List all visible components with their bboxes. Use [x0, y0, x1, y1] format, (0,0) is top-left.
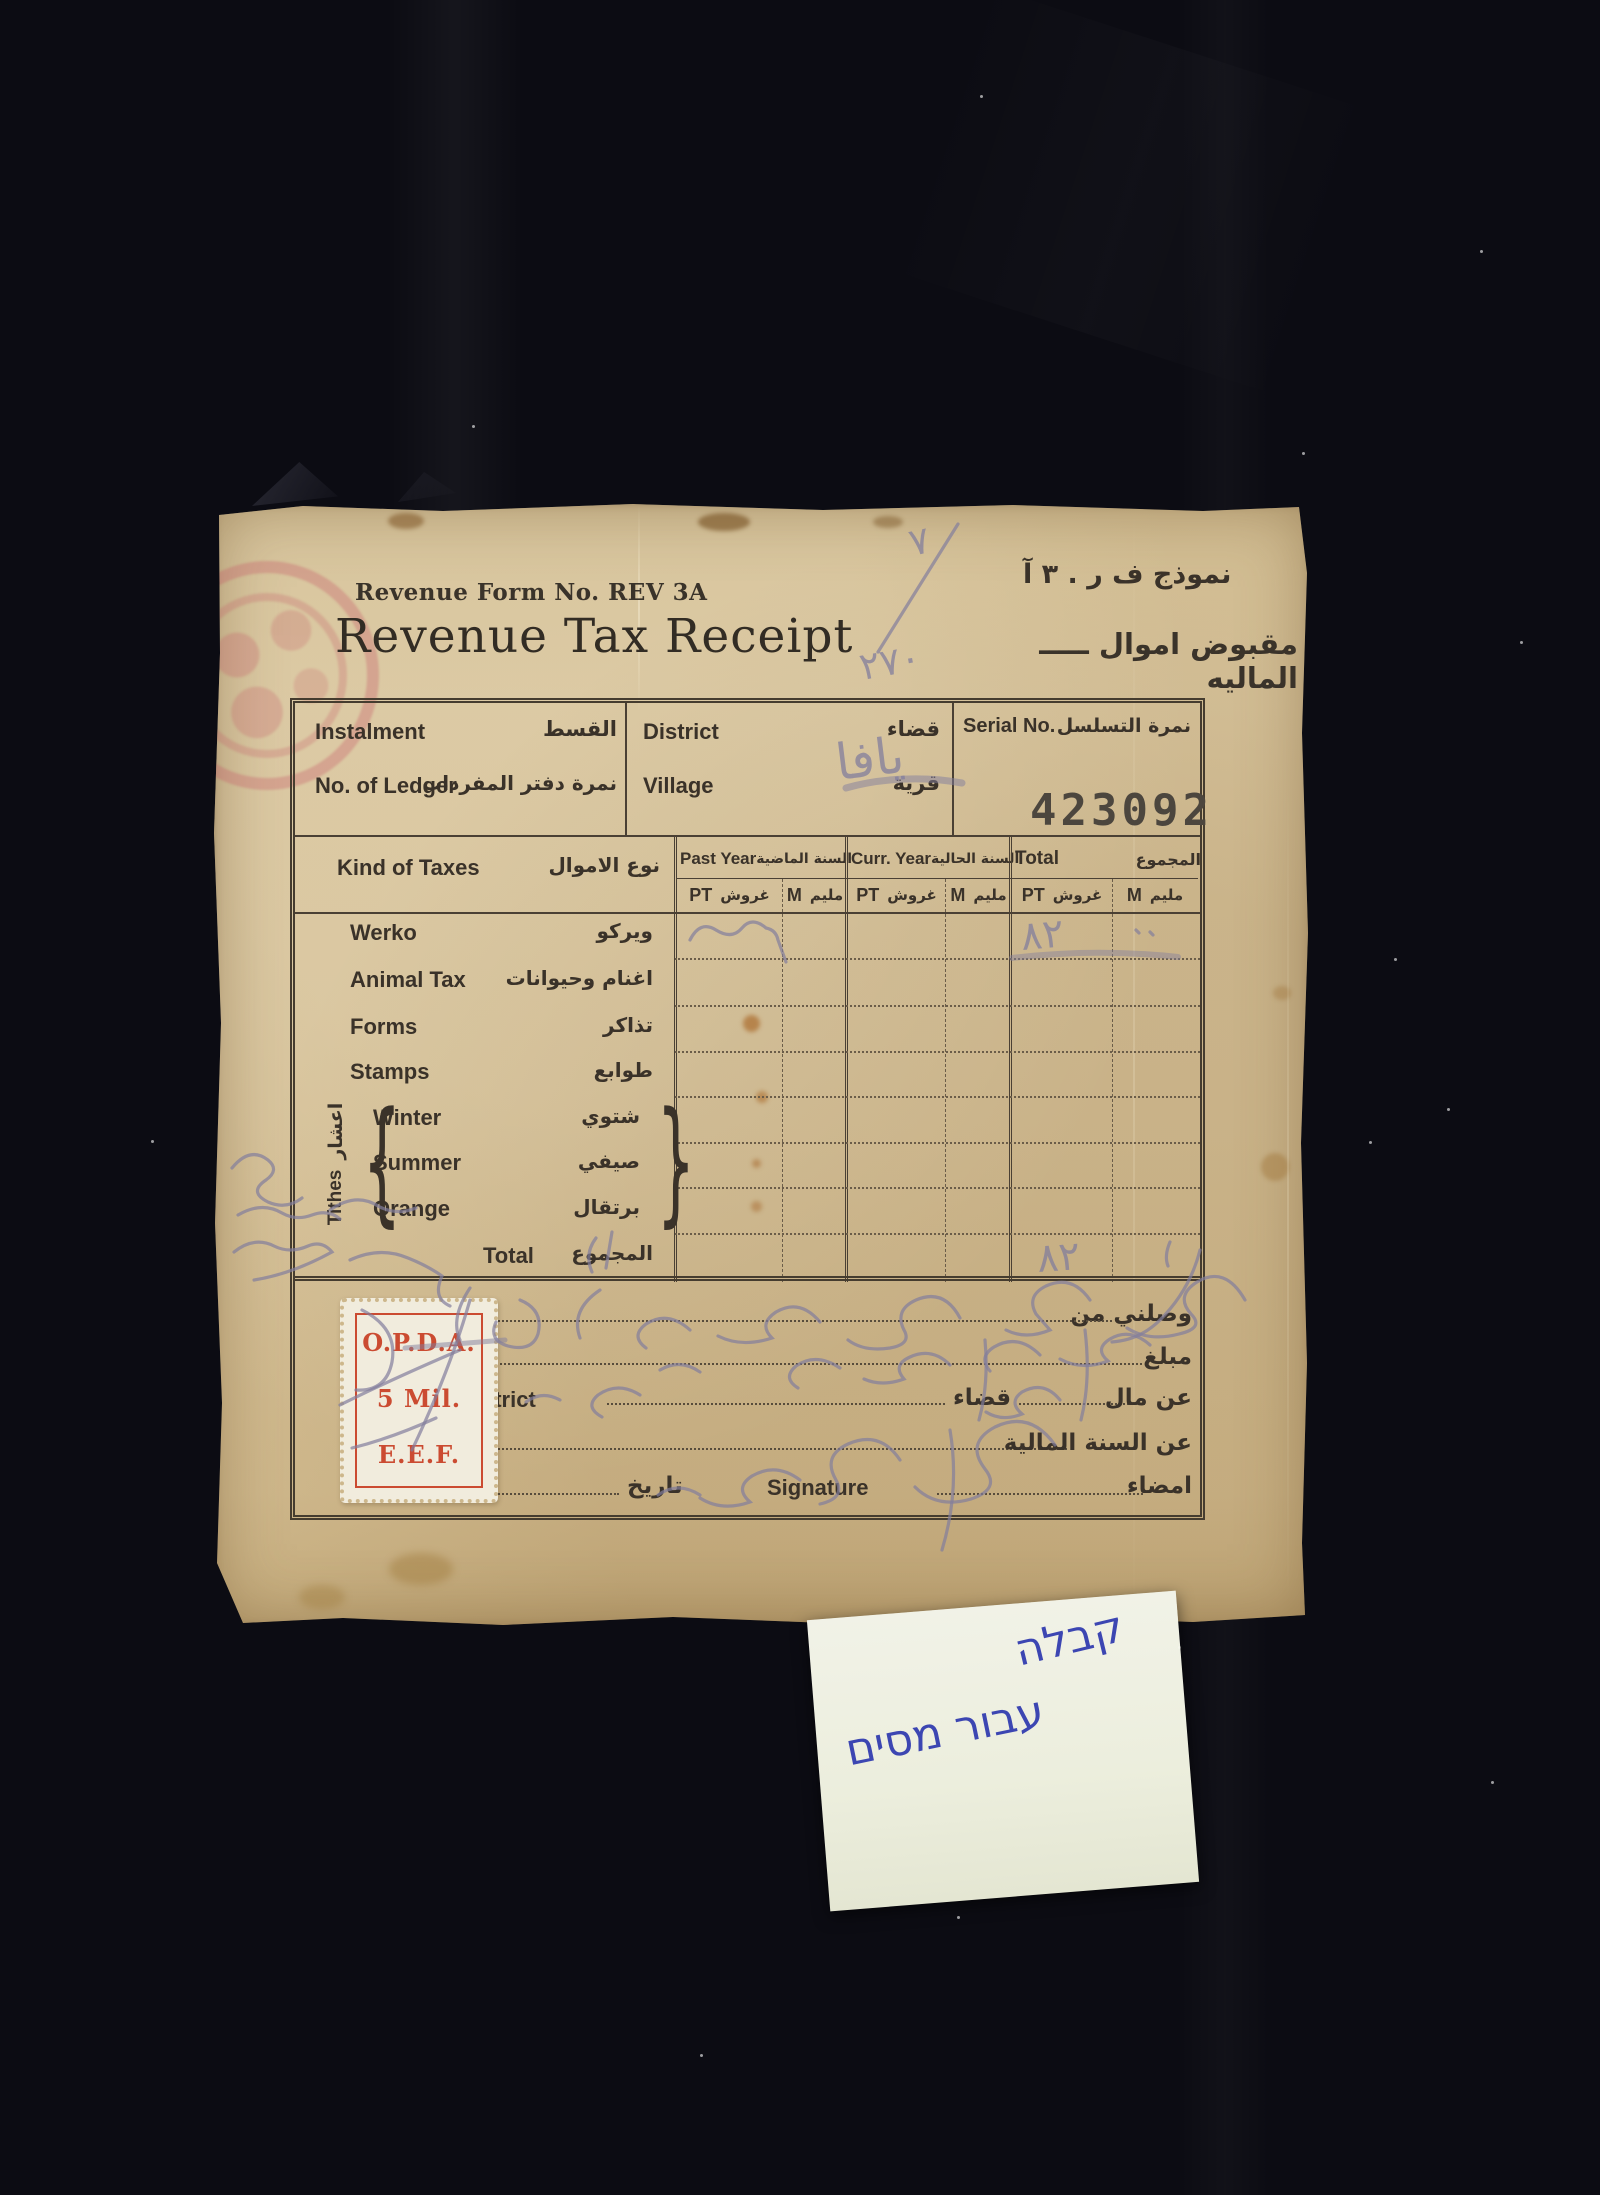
- m-label-arabic: مليم: [1150, 886, 1183, 904]
- pt-label: PT: [1022, 885, 1045, 906]
- on-account-label: عن مال: [1105, 1385, 1192, 1411]
- paper-stain: [389, 1553, 453, 1585]
- tithes-label-arabic: اعشار: [325, 1103, 351, 1160]
- revenue-stamp-opda: O.P.D.A. 5 Mil. E.E.F.: [340, 1298, 498, 1503]
- paper-stain: [299, 1585, 345, 1609]
- tax-row-animal-arabic: اغنام وحيوانات: [475, 966, 653, 990]
- paper-fold: [638, 503, 640, 713]
- group-underline: [677, 878, 1198, 879]
- tax-row-total-arabic: المجموع: [553, 1241, 653, 1265]
- dust-speck: [472, 425, 475, 428]
- signature-label: Signature: [767, 1475, 868, 1501]
- group-label: Past Year: [680, 849, 756, 869]
- paper-fold: [1287, 783, 1289, 1603]
- mounting-tape: [398, 472, 456, 502]
- pt-label-arabic: غروش: [1053, 886, 1103, 904]
- dust-speck: [151, 1140, 154, 1143]
- dust-speck: [1491, 1781, 1494, 1784]
- dust-speck: [1480, 250, 1483, 253]
- pt-label: PT: [856, 885, 879, 906]
- tax-row-total: Total: [483, 1243, 534, 1269]
- dust-speck: [700, 2054, 703, 2057]
- pt-label-arabic: غروش: [887, 886, 937, 904]
- paper-stain: [388, 513, 424, 529]
- tax-row-werko-arabic: ويركو: [475, 919, 653, 943]
- revenue-stamp-line1: O.P.D.A.: [344, 1328, 494, 1357]
- dotted-line: [607, 1403, 945, 1405]
- serial-label-arabic: نمرة التسلسل: [1057, 715, 1191, 737]
- village-label-arabic: قرية: [835, 771, 940, 795]
- tithes-rotated-label: Tithes اعشار: [325, 1079, 351, 1249]
- m-label-arabic: مليم: [810, 886, 843, 904]
- document-title-arabic: مقبوض اموال ـــــ الماليه: [948, 627, 1298, 695]
- background-crease: [390, 0, 520, 520]
- serial-label: Serial No.: [963, 715, 1055, 738]
- mounting-tape: [252, 462, 338, 506]
- tax-row-stamps: Stamps: [350, 1059, 429, 1085]
- village-label: Village: [643, 773, 714, 799]
- group-label: Total: [1015, 848, 1059, 870]
- row-line: [675, 1233, 1200, 1235]
- m-label: M: [1127, 885, 1142, 906]
- kind-of-taxes-label-arabic: نوع الاموال: [535, 853, 660, 877]
- row-line: [675, 1187, 1200, 1189]
- instalment-label-arabic: القسط: [495, 717, 617, 741]
- ledger-label-arabic: نمرة دفتر المفردات: [400, 771, 617, 795]
- signature-label-arabic: امضاء: [1127, 1473, 1192, 1499]
- form-number: Revenue Form No. REV 3A: [355, 579, 708, 606]
- header-divider: [952, 703, 954, 835]
- dust-speck: [1520, 641, 1523, 644]
- form-box: Instalment القسط No. of Ledger نمرة دفتر…: [290, 698, 1205, 1520]
- grid-line: [1009, 835, 1012, 1282]
- grid-line: [782, 879, 783, 1282]
- pt-label: PT: [689, 885, 712, 906]
- tax-row-forms-arabic: تذاكر: [475, 1013, 653, 1037]
- document-title: Revenue Tax Receipt: [335, 609, 853, 664]
- dust-speck: [1178, 1646, 1181, 1649]
- tax-row-animal: Animal Tax: [350, 967, 466, 993]
- tax-row-summer-arabic: صيفي: [475, 1149, 640, 1173]
- group-label-arabic: المجموع: [1136, 850, 1201, 869]
- brace-right: }: [657, 1097, 696, 1227]
- paper-stain: [1261, 1153, 1289, 1181]
- paper-stain: [873, 516, 903, 528]
- row-line: [675, 1005, 1200, 1007]
- serial-label-row: Serial No. نمرة التسلسل: [963, 715, 1191, 738]
- tax-row-orange-arabic: برتقال: [475, 1195, 640, 1219]
- m-label: M: [787, 885, 802, 906]
- subhead-curr-m: M مليم: [945, 880, 1012, 910]
- group-curr-year: Curr. Year السنة الحالية: [848, 842, 1016, 876]
- district-label-arabic: قضاء: [835, 717, 940, 741]
- tax-row-stamps-arabic: طوابع: [475, 1058, 653, 1082]
- grid-line: [1112, 879, 1113, 1282]
- background-crease: [884, 0, 1376, 398]
- m-label: M: [950, 885, 965, 906]
- tax-row-forms: Forms: [350, 1014, 417, 1040]
- group-label-arabic: السنة الحالية: [931, 851, 1019, 867]
- subhead-curr-pt: PT غروش: [848, 880, 945, 910]
- receipt-paper: Revenue Form No. REV 3A نموذج ف ر . ٣ آ …: [213, 503, 1311, 1628]
- form-number-arabic: نموذج ف ر . ٣ آ: [1023, 559, 1283, 590]
- pt-label-arabic: غروش: [720, 886, 770, 904]
- subhead-total-m: M مليم: [1112, 880, 1198, 910]
- subhead-total-pt: PT غروش: [1012, 880, 1112, 910]
- kind-of-taxes-label: Kind of Taxes: [337, 855, 480, 881]
- subhead-past-m: M مليم: [782, 880, 848, 910]
- m-label-arabic: مليم: [973, 886, 1006, 904]
- row-line: [675, 958, 1200, 960]
- dotted-line: [937, 1493, 1143, 1495]
- tax-row-winter-arabic: شتوي: [475, 1104, 640, 1128]
- note-line-2: עבור מסים: [841, 1686, 1048, 1776]
- grid-line: [845, 835, 848, 1282]
- dust-speck: [980, 95, 983, 98]
- tax-row-werko: Werko: [350, 920, 417, 946]
- tithes-label: Tithes: [325, 1170, 351, 1226]
- fiscal-year-label: عن السنة المالية: [1004, 1430, 1192, 1456]
- brace-left: {: [363, 1097, 402, 1227]
- grid-line: [945, 879, 946, 1282]
- revenue-stamp-line2: 5 Mil.: [344, 1384, 494, 1413]
- district-label: District: [643, 719, 719, 745]
- row-line: [675, 1096, 1200, 1098]
- header-divider: [625, 703, 627, 835]
- group-total: Total المجموع: [1012, 842, 1204, 876]
- subhead-underline: [295, 912, 1200, 914]
- dust-speck: [1369, 1141, 1372, 1144]
- group-label-arabic: السنة الماضية: [756, 851, 852, 867]
- date-label: تاريخ: [627, 1473, 683, 1499]
- revenue-stamp-line3: E.E.F.: [344, 1440, 494, 1469]
- dust-speck: [1447, 1108, 1450, 1111]
- dotted-line: [427, 1448, 1067, 1450]
- amount-label: مبلغ: [1143, 1344, 1192, 1370]
- dust-speck: [1394, 958, 1397, 961]
- paper-stain: [698, 513, 750, 531]
- note-line-1: קבלה: [1010, 1601, 1129, 1677]
- group-label: Curr. Year: [851, 849, 931, 869]
- district-line-label-arabic: قضاء: [953, 1385, 1011, 1411]
- subhead-past-pt: PT غروش: [677, 880, 782, 910]
- received-from-label: وصلني من: [1070, 1301, 1192, 1327]
- dust-speck: [957, 1916, 960, 1919]
- row-line: [675, 1142, 1200, 1144]
- dust-speck: [1302, 452, 1305, 455]
- row-line: [675, 1051, 1200, 1053]
- group-past-year: Past Year السنة الماضية: [677, 842, 852, 876]
- table-bottom-line: [295, 1276, 1200, 1281]
- photo-background: Revenue Form No. REV 3A نموذج ف ر . ٣ آ …: [0, 0, 1600, 2195]
- instalment-label: Instalment: [315, 719, 425, 745]
- serial-number: 423092: [1030, 785, 1190, 836]
- archival-note: קבלה עבור מסים: [807, 1591, 1199, 1912]
